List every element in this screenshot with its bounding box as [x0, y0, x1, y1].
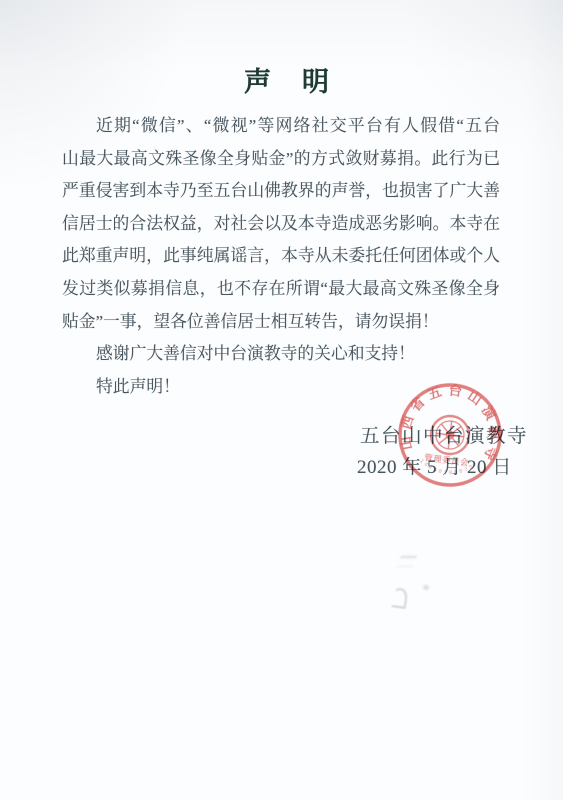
signature-date: 2020 年 5 月 20 日: [357, 452, 512, 479]
scan-artifact: [397, 556, 417, 567]
page-title: 声 明: [6, 68, 563, 98]
body-line: 贴金”一事，望各位善信居士相互转告，请勿误捐！: [62, 306, 500, 339]
signature-temple-name: 五台山中台演教寺: [360, 420, 528, 448]
scanned-statement-page: 声 明 近期“微信”、“微视”等网络社交平台有人假借“五台 山最大最高文殊圣像全…: [0, 0, 563, 800]
statement-body: 近期“微信”、“微视”等网络社交平台有人假借“五台 山最大最高文殊圣像全身贴金”…: [62, 110, 500, 403]
body-line: 近期“微信”、“微视”等网络社交平台有人假借“五台: [62, 110, 500, 143]
scan-artifact: [423, 585, 429, 590]
scan-artifact: [391, 587, 409, 609]
body-line: 此郑重声明，此事纯属谣言，本寺从未委托任何团体或个人: [62, 240, 500, 273]
body-line: 严重侵害到本寺乃至五台山佛教界的声誉，也损害了广大善: [62, 175, 500, 208]
body-line: 发过类似募捐信息，也不存在所谓“最大最高文殊圣像全身: [62, 273, 500, 306]
body-line: 信居士的合法权益，对社会以及本寺造成恶劣影响。本寺在: [62, 208, 500, 241]
body-line: 特此声明！: [62, 371, 500, 404]
body-line: 感谢广大善信对中台演教寺的关心和支持！: [62, 338, 500, 371]
body-line: 山最大最高文殊圣像全身贴金”的方式敛财募捐。此行为已: [62, 143, 500, 176]
